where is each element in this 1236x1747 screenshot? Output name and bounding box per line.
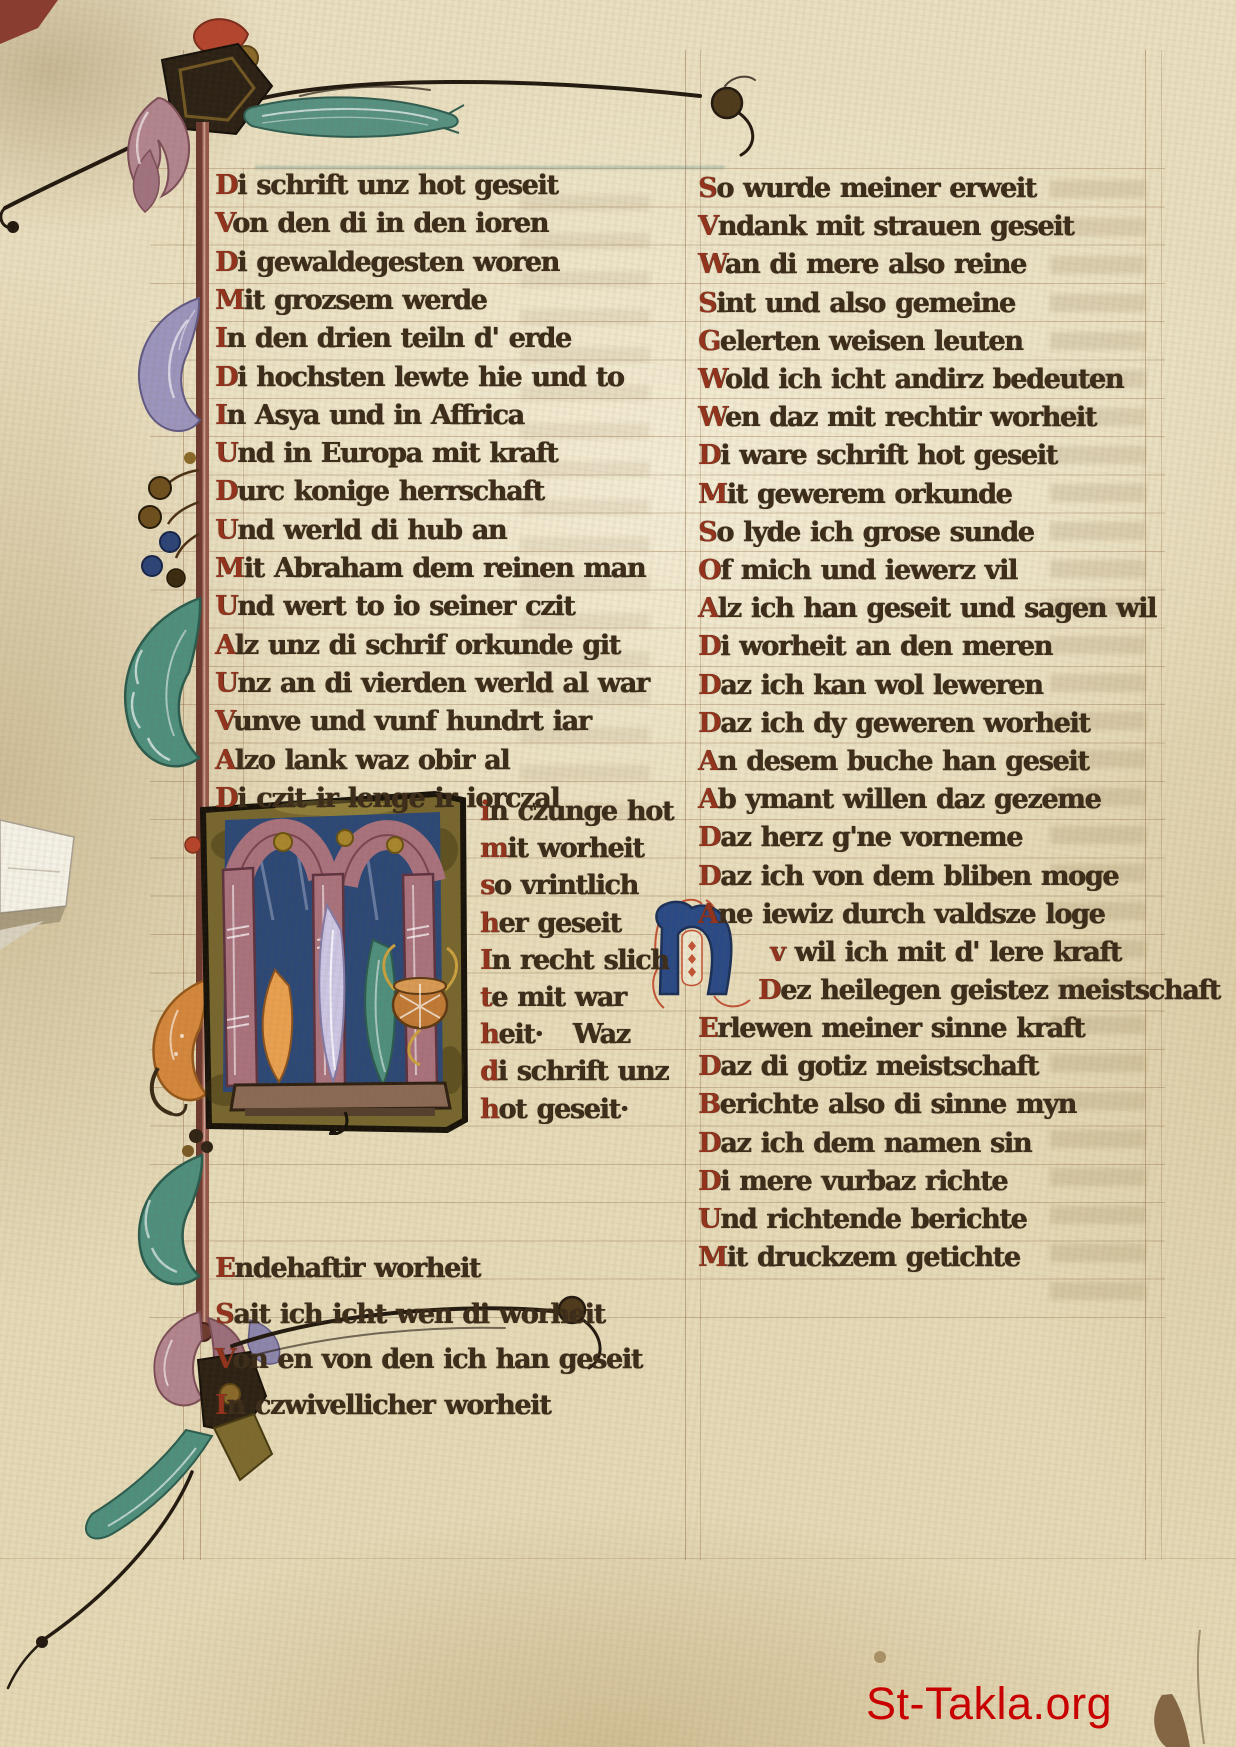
rubricated-initial: U: [215, 515, 237, 546]
leaf-teal-lower: [139, 1155, 202, 1284]
rubricated-initial: E: [698, 1013, 717, 1044]
verse-line: So wurde meiner erweit: [698, 173, 1036, 204]
verse-line: so vrintlich: [480, 870, 638, 901]
page-tab: [0, 820, 74, 950]
verse-line: An desem buche han geseit: [698, 746, 1088, 777]
verse-line: Alzo lank waz obir al: [215, 745, 509, 776]
verse-line: Di mere vurbaz richte: [698, 1166, 1007, 1197]
illuminated-initial-M: [195, 790, 470, 1135]
verse-line: Ane iewiz durch valdsze loge: [698, 899, 1104, 930]
rubricated-initial: U: [215, 668, 237, 699]
verse-line: Vndank mit strauen geseit: [698, 211, 1073, 242]
verse-line: So lyde ich grose sunde: [698, 517, 1034, 548]
verse-line: Von den di in den ioren: [215, 208, 548, 239]
verse-line: Daz ich dy geweren worheit: [698, 708, 1089, 739]
verse-line: her geseit: [480, 908, 621, 939]
rubricated-initial: v: [770, 937, 784, 968]
verse-line: Daz ich kan wol leweren: [698, 670, 1043, 701]
vertical-ruling-line: [183, 50, 184, 1560]
rubricated-initial: B: [698, 1089, 720, 1120]
ink-bleedthrough: [520, 195, 650, 835]
rubricated-initial: h: [480, 1019, 498, 1050]
rubricated-initial: W: [698, 364, 725, 395]
verse-line: Sint und also gemeine: [698, 288, 1015, 319]
rubricated-initial: S: [698, 288, 716, 319]
verse-line: Di worheit an den meren: [698, 631, 1052, 662]
manuscript-page: Di schrift unz hot geseitVon den di in d…: [0, 0, 1236, 1747]
verse-line: heit· Waz: [480, 1019, 630, 1050]
verse-line: Und werld di hub an: [215, 515, 506, 546]
rubricated-initial: D: [698, 1128, 720, 1159]
verse-line-indented: Dez heilegen geistez meistschaft: [758, 975, 1220, 1006]
rubricated-initial: W: [698, 402, 725, 433]
berry-cluster: [139, 452, 199, 587]
rubricated-initial: D: [758, 975, 780, 1006]
verse-line: Of mich und iewerz vil: [698, 555, 1017, 586]
leaf-lavender: [139, 298, 200, 431]
verse-line: Di ware schrift hot geseit: [698, 440, 1057, 471]
rubricated-initial: U: [215, 438, 237, 469]
verse-line: Mit druckzem getichte: [698, 1242, 1020, 1273]
verse-line: Und wert to io seiner czit: [215, 591, 574, 622]
rubricated-initial: M: [215, 553, 244, 584]
verse-line: Vunve und vunf hundrt iar: [215, 706, 591, 737]
rubricated-initial: O: [698, 555, 720, 586]
verse-line: Sait ich icht wen di worheit: [215, 1299, 605, 1330]
verse-line: Wan di mere also reine: [698, 249, 1026, 280]
verse-line: Alz ich han geseit und sagen wil: [698, 593, 1156, 624]
rubricated-initial: E: [215, 1253, 234, 1284]
rubricated-initial: D: [215, 170, 237, 201]
rubricated-initial: D: [698, 708, 720, 739]
leaf-teal-upper: [125, 598, 200, 766]
rubricated-initial: V: [215, 706, 233, 737]
rubricated-initial: A: [215, 745, 235, 776]
scan-artifact-line: [255, 166, 725, 169]
bottom-ruling-line: [0, 1558, 1236, 1559]
verse-line: Berichte also di sinne myn: [698, 1089, 1076, 1120]
verse-line: Und richtende berichte: [698, 1204, 1026, 1235]
verse-line: Endehaftir worheit: [215, 1253, 480, 1284]
rubricated-initial: A: [698, 899, 718, 930]
rubricated-initial: D: [698, 631, 720, 662]
rubricated-initial: A: [698, 593, 718, 624]
rubricated-initial: A: [698, 784, 718, 815]
verse-line: Durc konige herrschaft: [215, 476, 544, 507]
rubricated-initial: D: [698, 440, 720, 471]
verse-line: Von en von den ich han geseit: [215, 1344, 642, 1375]
vertical-ruling-line: [1161, 50, 1162, 1560]
rubricated-initial: S: [215, 1299, 233, 1330]
verse-line: te mit war: [480, 982, 626, 1013]
rubricated-initial: I: [480, 945, 491, 976]
vertical-ruling-line: [685, 50, 686, 1560]
verse-line: Mit Abraham dem reinen man: [215, 553, 645, 584]
rubricated-initial: S: [698, 517, 716, 548]
rubricated-initial: D: [698, 670, 720, 701]
verse-line: In Asya und in Affrica: [215, 400, 524, 431]
rubricated-initial: D: [698, 822, 720, 853]
rubricated-initial: M: [698, 1242, 727, 1273]
verse-line: Di gewaldegesten woren: [215, 247, 559, 278]
verse-line: Alz unz di schrif orkunde git: [215, 630, 620, 661]
rubricated-initial: A: [215, 630, 235, 661]
rubricated-initial: D: [698, 1051, 720, 1082]
rubricated-initial: I: [215, 323, 226, 354]
rubricated-initial: M: [215, 285, 244, 316]
verse-line: Di schrift unz hot geseit: [215, 170, 558, 201]
rubricated-initial: s: [480, 870, 494, 901]
verse-line: Daz herz g'ne vorneme: [698, 822, 1022, 853]
verse-line: hot geseit·: [480, 1094, 628, 1125]
verse-line: Mit gewerem orkunde: [698, 479, 1011, 510]
rubricated-initial: D: [698, 1166, 720, 1197]
verse-line-after-initial-n: v wil ich mit d' lere kraft: [770, 937, 1121, 968]
rubricated-initial: D: [215, 362, 237, 393]
rubricated-initial: A: [698, 746, 718, 777]
rubricated-initial: U: [215, 591, 237, 622]
verse-line: Daz di gotiz meistschaft: [698, 1051, 1038, 1082]
border-stem: [196, 122, 209, 1335]
rubricated-initial: V: [215, 208, 232, 239]
rubricated-initial: G: [698, 326, 720, 357]
verse-line: In czwivellicher worheit: [215, 1390, 550, 1421]
rubricated-initial: m: [480, 833, 507, 864]
rubricated-initial: d: [480, 1056, 498, 1087]
verse-line: mit worheit: [480, 833, 643, 864]
verse-line: Di hochsten lewte hie und to: [215, 362, 624, 393]
vertical-ruling-line: [1145, 50, 1146, 1560]
rubricated-initial: V: [698, 211, 718, 242]
rubricated-initial: h: [480, 1094, 498, 1125]
watermark-text: St-Takla.org: [866, 1678, 1112, 1730]
verse-line: Daz ich dem namen sin: [698, 1128, 1031, 1159]
verse-line: Wen daz mit rechtir worheit: [698, 402, 1096, 433]
verse-line: Und in Europa mit kraft: [215, 438, 557, 469]
top-left-corner-fragment: [0, 0, 58, 44]
rubricated-initial: M: [698, 479, 727, 510]
rubricated-initial: D: [215, 476, 237, 507]
rubricated-initial: S: [698, 173, 716, 204]
verse-line: Wold ich icht andirz bedeuten: [698, 364, 1123, 395]
verse-line: in czunge hot: [480, 796, 673, 827]
rubricated-initial: I: [215, 1390, 226, 1421]
verse-line: In recht slich: [480, 945, 669, 976]
verse-line: Erlewen meiner sinne kraft: [698, 1013, 1084, 1044]
verse-line: di schrift unz: [480, 1056, 668, 1087]
rubricated-initial: h: [480, 908, 498, 939]
rubricated-initial: D: [215, 247, 237, 278]
verse-line: Mit grozsem werde: [215, 285, 486, 316]
rubricated-initial: i: [480, 796, 489, 827]
rubricated-initial: D: [215, 783, 237, 814]
rubricated-initial: U: [698, 1204, 720, 1235]
verse-line: Gelerten weisen leuten: [698, 326, 1022, 357]
verse-line: Ab ymant willen daz gezeme: [698, 784, 1100, 815]
rubricated-initial: D: [698, 861, 720, 892]
rubricated-initial: V: [215, 1344, 232, 1375]
rubricated-initial: W: [698, 249, 725, 280]
rubricated-initial: I: [215, 400, 226, 431]
verse-line: Daz ich von dem bliben moge: [698, 861, 1118, 892]
rubricated-initial: t: [480, 982, 491, 1013]
verse-line: Unz an di vierden werld al war: [215, 668, 649, 699]
verse-line: In den drien teiln d' erde: [215, 323, 571, 354]
